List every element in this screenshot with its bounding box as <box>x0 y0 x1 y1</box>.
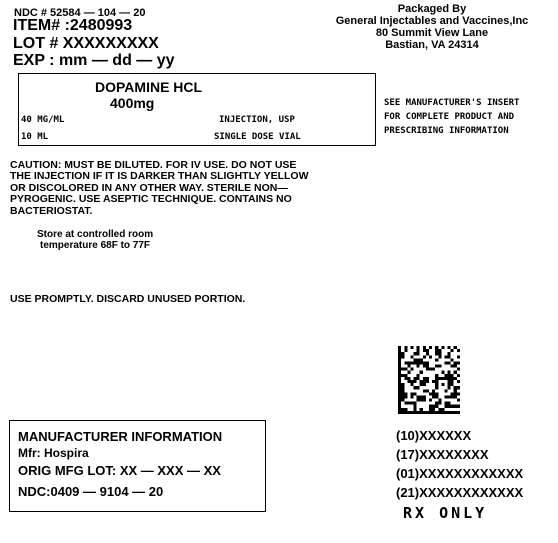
manufacturer-lot: ORIG MFG LOT: XX — XXX — XX <box>18 463 221 478</box>
packager-street: 80 Summit View Lane <box>318 27 546 39</box>
lot-number: LOT # XXXXXXXXX <box>13 35 159 53</box>
datamatrix-barcode-icon <box>398 346 460 414</box>
insert-line: SEE MANUFACTURER'S INSERT <box>384 96 519 110</box>
packager-info: Packaged By General Injectables and Vacc… <box>318 3 546 51</box>
barcode-code: (17)XXXXXXXX <box>396 445 523 464</box>
drug-concentration: 40 MG/ML <box>21 115 64 125</box>
barcode-code: (10)XXXXXX <box>396 426 523 445</box>
insert-note: SEE MANUFACTURER'S INSERT FOR COMPLETE P… <box>384 96 519 138</box>
caution-line: BACTERIOSTAT. <box>10 206 309 217</box>
packager-heading: Packaged By <box>318 3 546 15</box>
barcode-code: (01)XXXXXXXXXXXX <box>396 464 523 483</box>
manufacturer-box: MANUFACTURER INFORMATION Mfr: Hospira OR… <box>9 420 266 512</box>
discard-note: USE PROMPTLY. DISCARD UNUSED PORTION. <box>10 293 245 305</box>
drug-name: DOPAMINE HCL <box>95 79 202 95</box>
manufacturer-name: Mfr: Hospira <box>18 446 89 460</box>
insert-line: PRESCRIBING INFORMATION <box>384 124 519 138</box>
storage-line: Store at controlled room <box>37 229 153 240</box>
packager-company: General Injectables and Vaccines,Inc <box>318 15 546 27</box>
storage-line: temperature 68F to 77F <box>37 240 153 251</box>
expiration-date: EXP : mm — dd — yy <box>13 52 175 70</box>
rx-only: RX ONLY <box>403 504 487 522</box>
storage-instructions: Store at controlled room temperature 68F… <box>37 229 153 251</box>
drug-form: INJECTION, USP <box>219 115 295 125</box>
item-number: ITEM# :2480993 <box>13 17 132 35</box>
insert-line: FOR COMPLETE PRODUCT AND <box>384 110 519 124</box>
drug-container: SINGLE DOSE VIAL <box>214 132 301 142</box>
caution-text: CAUTION: MUST BE DILUTED. FOR IV USE. DO… <box>10 160 309 217</box>
drug-strength: 400mg <box>110 95 154 111</box>
manufacturer-ndc: NDC:0409 — 9104 — 20 <box>18 484 163 499</box>
manufacturer-title: MANUFACTURER INFORMATION <box>18 429 222 444</box>
barcode-code: (21)XXXXXXXXXXXX <box>396 483 523 502</box>
caution-line: PYROGENIC. USE ASEPTIC TECHNIQUE. CONTAI… <box>10 194 309 205</box>
packager-city: Bastian, VA 24314 <box>318 39 546 51</box>
product-box: DOPAMINE HCL 400mg 40 MG/ML INJECTION, U… <box>18 73 376 146</box>
drug-volume: 10 ML <box>21 132 48 142</box>
barcode-codes: (10)XXXXXX (17)XXXXXXXX (01)XXXXXXXXXXXX… <box>396 426 523 502</box>
